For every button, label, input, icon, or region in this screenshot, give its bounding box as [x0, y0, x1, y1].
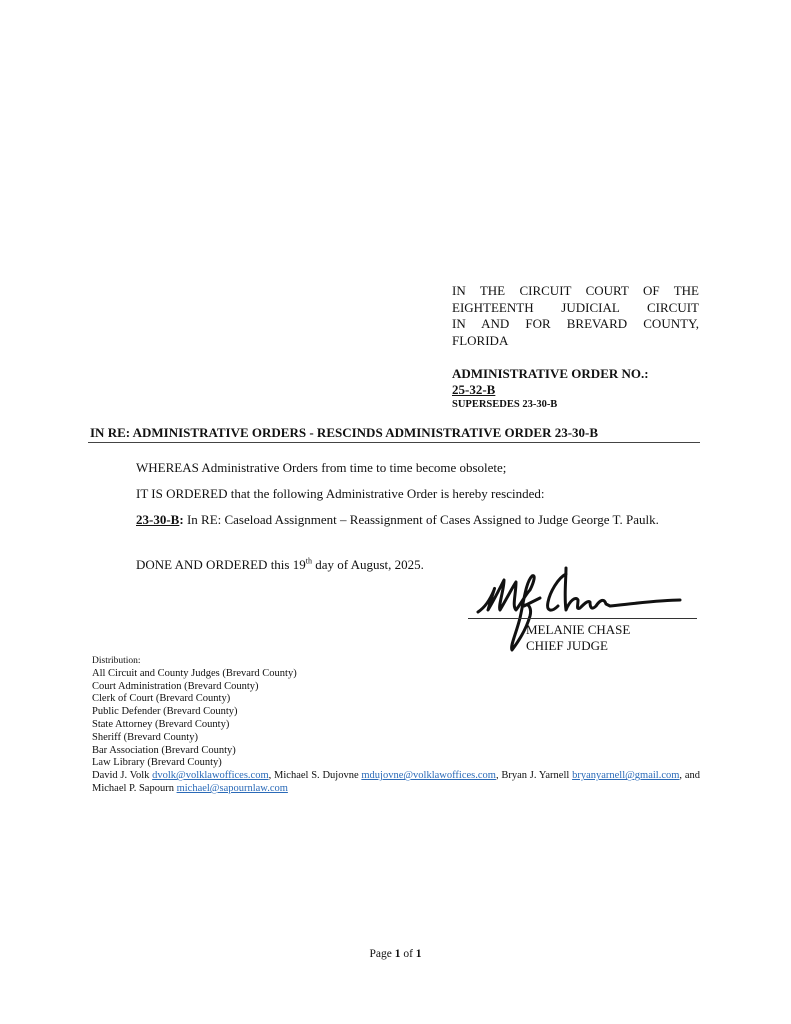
- distribution-recipient: All Circuit and County Judges (Brevard C…: [92, 668, 700, 681]
- signature-line: [468, 618, 697, 619]
- ordered-paragraph: IT IS ORDERED that the following Adminis…: [136, 486, 544, 502]
- email-link[interactable]: michael@sapournlaw.com: [177, 783, 288, 794]
- distribution-recipient: Law Library (Brevard County): [92, 757, 700, 770]
- distribution-recipient: Court Administration (Brevard County): [92, 681, 700, 694]
- done-and-ordered: DONE AND ORDERED this 19th day of August…: [136, 557, 424, 573]
- order-title: ADMINISTRATIVE ORDER NO.:: [452, 366, 712, 382]
- page-label: Page: [369, 948, 394, 960]
- distribution-contacts: David J. Volk dvolk@volklawoffices.com, …: [92, 770, 700, 796]
- rescinded-order-number: 23-30-B: [136, 512, 179, 527]
- contact-name: , Bryan J. Yarnell: [496, 770, 572, 781]
- judge-title: CHIEF JUDGE: [526, 638, 608, 654]
- order-number: 25-32-B: [452, 382, 712, 398]
- contact-name: , Michael S. Dujovne: [269, 770, 362, 781]
- done-prefix: DONE AND ORDERED this 19: [136, 557, 306, 572]
- court-caption-line: FLORIDA: [452, 333, 699, 350]
- rescinded-order-item: 23-30-B: In RE: Caseload Assignment – Re…: [136, 512, 699, 528]
- distribution-list: Distribution: All Circuit and County Jud…: [92, 655, 700, 796]
- contact-name: David J. Volk: [92, 770, 152, 781]
- distribution-recipient: Sheriff (Brevard County): [92, 732, 700, 745]
- distribution-recipient: Public Defender (Brevard County): [92, 706, 700, 719]
- email-link[interactable]: bryanyarnell@gmail.com: [572, 770, 679, 781]
- whereas-paragraph: WHEREAS Administrative Orders from time …: [136, 460, 506, 476]
- rescinded-order-ref: 23-30-B:: [136, 512, 184, 527]
- order-number-block: ADMINISTRATIVE ORDER NO.: 25-32-B SUPERS…: [452, 366, 712, 412]
- page-of: of: [400, 948, 415, 960]
- supersedes-note: SUPERSEDES 23-30-B: [452, 398, 712, 412]
- heading-divider: [88, 442, 700, 443]
- judge-name: MELANIE CHASE: [526, 622, 630, 638]
- page-total: 1: [416, 948, 422, 960]
- court-caption-line: EIGHTEENTH JUDICIAL CIRCUIT: [452, 300, 699, 317]
- distribution-recipient: Clerk of Court (Brevard County): [92, 693, 700, 706]
- in-re-heading: IN RE: ADMINISTRATIVE ORDERS - RESCINDS …: [90, 425, 700, 441]
- court-caption: IN THE CIRCUIT COURT OF THE EIGHTEENTH J…: [452, 283, 699, 349]
- page-footer: Page 1 of 1: [0, 948, 791, 960]
- court-caption-line: IN AND FOR BREVARD COUNTY,: [452, 316, 699, 333]
- email-link[interactable]: mdujovne@volklawoffices.com: [361, 770, 496, 781]
- email-link[interactable]: dvolk@volklawoffices.com: [152, 770, 269, 781]
- rescinded-order-description: In RE: Caseload Assignment – Reassignmen…: [184, 512, 659, 527]
- distribution-heading: Distribution:: [92, 655, 700, 668]
- done-suffix: day of August, 2025.: [312, 557, 424, 572]
- court-caption-line: IN THE CIRCUIT COURT OF THE: [452, 283, 699, 300]
- distribution-recipient: Bar Association (Brevard County): [92, 745, 700, 758]
- distribution-recipient: State Attorney (Brevard County): [92, 719, 700, 732]
